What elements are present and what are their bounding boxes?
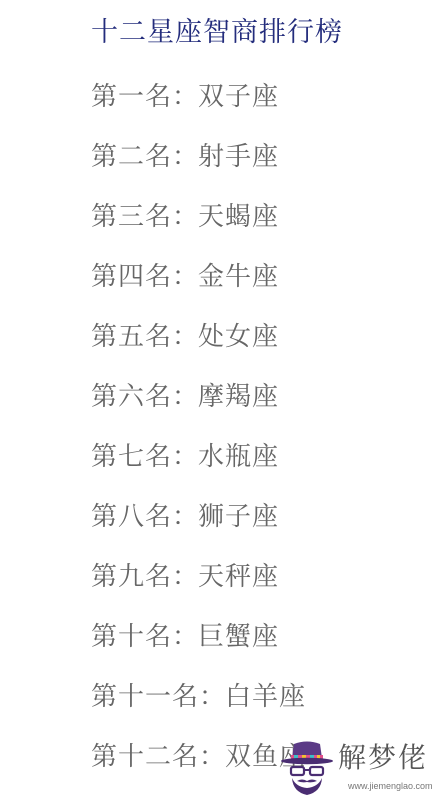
zodiac-sign: 金牛座: [198, 257, 279, 297]
rank-label: 第十一名: [91, 677, 199, 717]
ranking-row: 第一名：双子座: [91, 77, 306, 137]
watermark-brand: 解梦佬: [338, 742, 428, 774]
separator: ：: [172, 437, 198, 477]
separator: ：: [172, 557, 198, 597]
ranking-row: 第三名：天蝎座: [91, 197, 306, 257]
ranking-row: 第十名：巨蟹座: [91, 617, 306, 677]
ranking-row: 第七名：水瓶座: [91, 437, 306, 497]
watermark-url: www.jiemenglao.com: [348, 780, 433, 792]
zodiac-sign: 巨蟹座: [198, 617, 279, 657]
page-title: 十二星座智商排行榜: [91, 14, 343, 52]
zodiac-sign: 射手座: [198, 137, 279, 177]
zodiac-sign: 水瓶座: [198, 437, 279, 477]
ranking-row: 第八名：狮子座: [91, 497, 306, 557]
zodiac-sign: 双子座: [198, 77, 279, 117]
ranking-row: 第九名：天秤座: [91, 557, 306, 617]
zodiac-sign: 狮子座: [198, 497, 279, 537]
ranking-row: 第二名：射手座: [91, 137, 306, 197]
zodiac-sign: 白羊座: [225, 677, 306, 717]
rank-label: 第十二名: [91, 737, 199, 777]
zodiac-sign: 天蝎座: [198, 197, 279, 237]
ranking-list: 第一名：双子座 第二名：射手座 第三名：天蝎座 第四名：金牛座 第五名：处女座 …: [91, 77, 306, 797]
ranking-row: 第五名：处女座: [91, 317, 306, 377]
separator: ：: [199, 737, 225, 777]
separator: ：: [172, 197, 198, 237]
watermark: 解梦佬 www.jiemenglao.com: [278, 738, 448, 798]
ranking-row: 第十二名：双鱼座: [91, 737, 306, 797]
separator: ：: [172, 377, 198, 417]
separator: ：: [172, 497, 198, 537]
ranking-row: 第四名：金牛座: [91, 257, 306, 317]
rank-label: 第六名: [91, 377, 172, 417]
ranking-row: 第十一名：白羊座: [91, 677, 306, 737]
zodiac-sign: 处女座: [198, 317, 279, 357]
rank-label: 第三名: [91, 197, 172, 237]
rank-label: 第七名: [91, 437, 172, 477]
rank-label: 第十名: [91, 617, 172, 657]
rank-label: 第九名: [91, 557, 172, 597]
separator: ：: [172, 257, 198, 297]
separator: ：: [172, 77, 198, 117]
separator: ：: [199, 677, 225, 717]
ranking-row: 第六名：摩羯座: [91, 377, 306, 437]
rank-label: 第八名: [91, 497, 172, 537]
hat-glasses-beard-logo-icon: [280, 740, 334, 796]
rank-label: 第二名: [91, 137, 172, 177]
zodiac-sign: 摩羯座: [198, 377, 279, 417]
separator: ：: [172, 137, 198, 177]
zodiac-sign: 天秤座: [198, 557, 279, 597]
rank-label: 第五名: [91, 317, 172, 357]
rank-label: 第四名: [91, 257, 172, 297]
rank-label: 第一名: [91, 77, 172, 117]
separator: ：: [172, 317, 198, 357]
separator: ：: [172, 617, 198, 657]
